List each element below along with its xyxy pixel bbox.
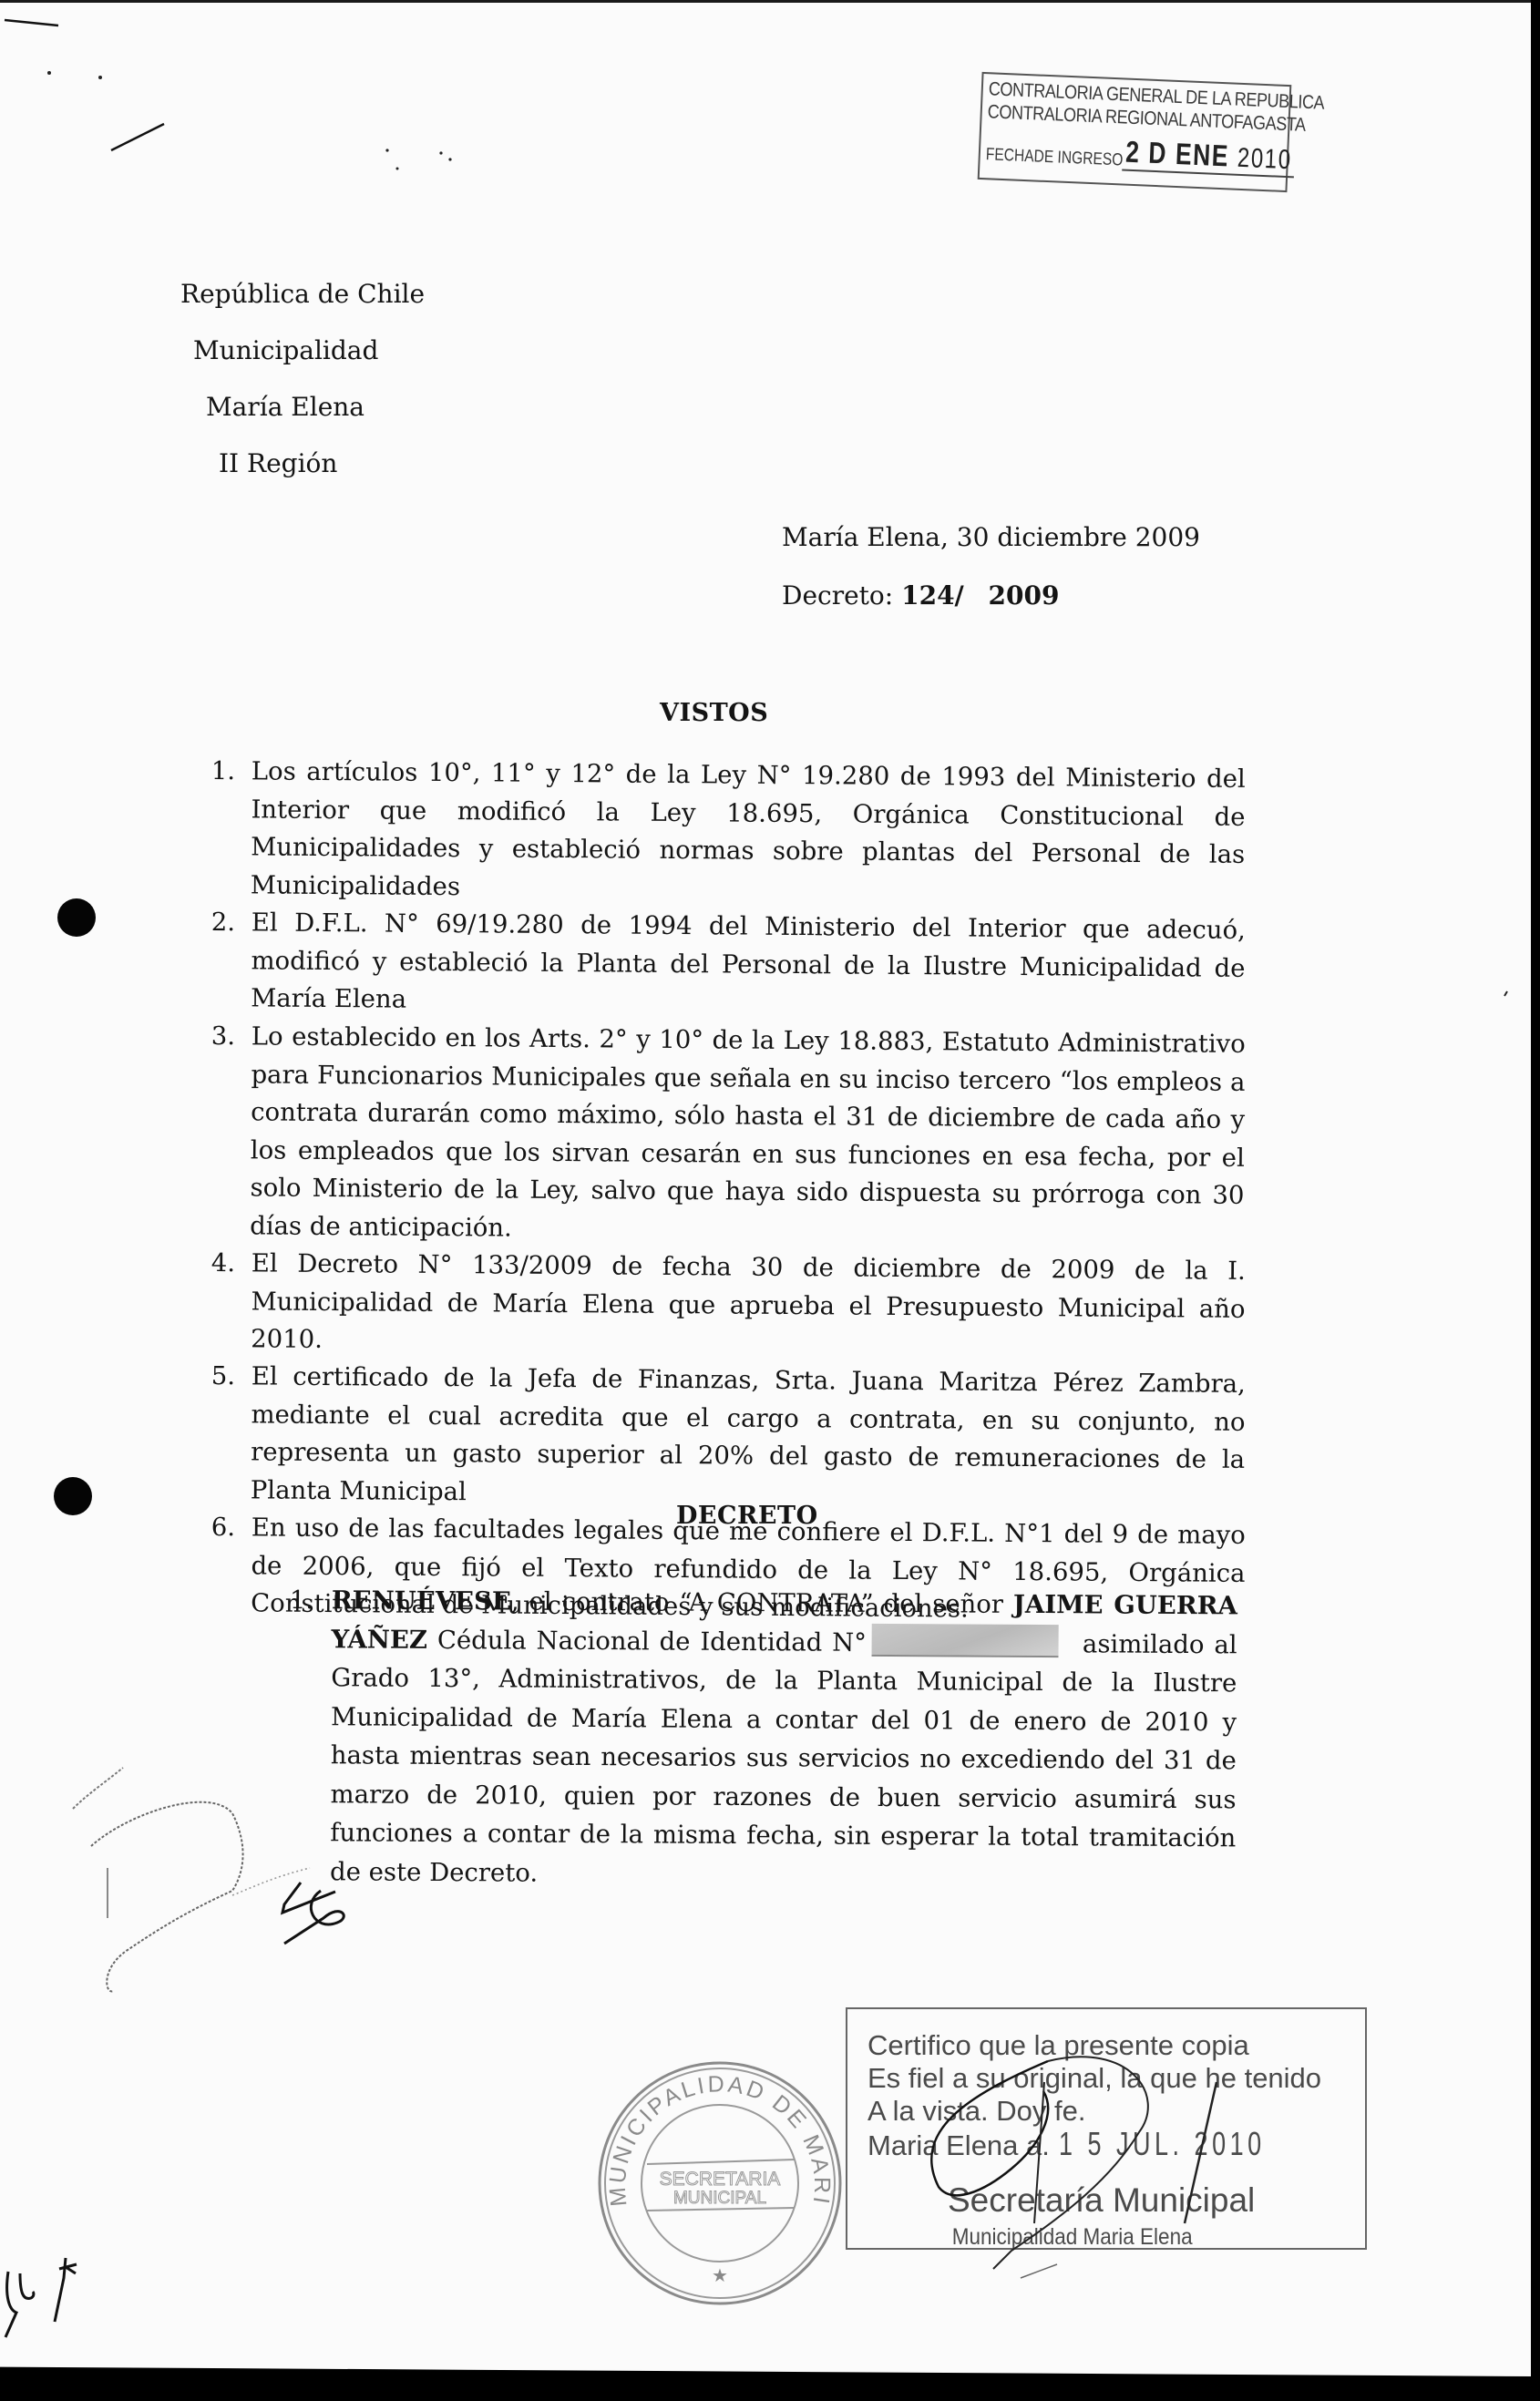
- letterhead-institution: Municipalidad: [180, 323, 425, 379]
- vistos-item: 1.Los artículos 10°, 11° y 12° de la Ley…: [210, 753, 1246, 912]
- item-number: 5.: [211, 1358, 236, 1396]
- item-text: El certificado de la Jefa de Finanzas, S…: [251, 1361, 1246, 1505]
- decree-verb: RENUÉVESE: [332, 1585, 511, 1616]
- municipal-seal: MUNICIPALIDAD DE MARIA ELENA SECRETARIA …: [594, 2057, 846, 2309]
- cert-line-2: Es fiel a su original, la que he tenido: [868, 2062, 1365, 2095]
- cert-line-4: Maria Elena a.1 5 JUL. 2010: [868, 2128, 1365, 2162]
- item-number: 2.: [211, 904, 236, 942]
- vistos-item: 2.El D.F.L. N° 69/19.280 de 1994 del Min…: [210, 904, 1246, 1025]
- decree-label: Decreto:: [782, 580, 893, 611]
- cert-signer-org: Municipalidad Maria Elena: [868, 2221, 1315, 2253]
- decreto-item: 1.RENUÉVESE, el contrato “A CONTRATA” de…: [288, 1581, 1237, 1896]
- vistos-item: 5.El certificado de la Jefa de Finanzas,…: [210, 1358, 1246, 1517]
- cert-signer-title: Secretaría Municipal: [868, 2184, 1365, 2217]
- punch-hole-upper: [57, 898, 96, 937]
- stamp-entry-date: 2 D ENE 2010: [1122, 134, 1296, 178]
- letterhead-region: II Región: [180, 436, 425, 492]
- scan-edge-line: [0, 0, 1540, 3]
- item-number: 3.: [211, 1018, 236, 1056]
- item-text: Lo establecido en los Arts. 2° y 10° de …: [250, 1021, 1246, 1242]
- cert-line-3: A la vista. Doy fe.: [868, 2095, 1365, 2128]
- redacted-id-number: [872, 1623, 1059, 1657]
- document-page: CONTRALORIA GENERAL DE LA REPUBLICA CONT…: [0, 0, 1531, 2376]
- item-number: 4.: [211, 1245, 236, 1283]
- letterhead-country: República de Chile: [180, 266, 425, 323]
- decree-year: 2009: [989, 580, 1060, 611]
- vistos-heading: VISTOS: [660, 699, 768, 727]
- item-text: El D.F.L. N° 69/19.280 de 1994 del Minis…: [251, 908, 1246, 1013]
- cert-line-1: Certifico que la presente copia: [868, 2029, 1365, 2062]
- item-number: 1.: [290, 1581, 314, 1620]
- item-number: 1.: [211, 753, 236, 791]
- star-icon: ★: [712, 2264, 728, 2286]
- certification-stamp: Certifico que la presente copia Es fiel …: [846, 2007, 1367, 2250]
- stamp-date-day-month: 2 D ENE: [1125, 135, 1230, 173]
- item-text: El Decreto N° 133/2009 de fecha 30 de di…: [251, 1248, 1246, 1354]
- vistos-item: 4.El Decreto N° 133/2009 de fecha 30 de …: [210, 1245, 1246, 1366]
- seal-inner-line-1: SECRETARIA: [660, 2169, 781, 2190]
- decree-number: Decreto: 124/ 2009: [782, 580, 1059, 611]
- contraloria-entry-stamp: CONTRALORIA GENERAL DE LA REPUBLICA CONT…: [978, 72, 1292, 192]
- item-text: Cédula Nacional de Identidad N°: [427, 1625, 867, 1657]
- stamp-date-year: 2010: [1237, 143, 1292, 175]
- cert-date: 1 5 JUL. 2010: [1059, 2128, 1266, 2160]
- item-text: , el contrato “A CONTRATA” del señor: [511, 1586, 1013, 1618]
- seal-inner-line-2: MUNICIPAL: [673, 2189, 766, 2208]
- letterhead-commune: María Elena: [180, 379, 425, 436]
- vistos-item: 3.Lo establecido en los Arts. 2° y 10° d…: [210, 1018, 1246, 1253]
- item-text: Los artículos 10°, 11° y 12° de la Ley N…: [251, 756, 1246, 900]
- vistos-list: 1.Los artículos 10°, 11° y 12° de la Ley…: [211, 753, 1246, 1623]
- stamp-entry-label: FECHADE INGRESO: [985, 145, 1098, 169]
- decreto-heading: DECRETO: [676, 1502, 818, 1530]
- punch-hole-lower: [54, 1477, 92, 1515]
- cert-place: Maria Elena a.: [868, 2129, 1050, 2161]
- letterhead: República de Chile Municipalidad María E…: [180, 266, 425, 492]
- item-number: 6.: [211, 1509, 236, 1547]
- place-and-date: María Elena, 30 diciembre 2009: [782, 522, 1200, 552]
- item-text: asimilado al Grado 13°, Administrativos,…: [330, 1629, 1237, 1887]
- decreto-list: 1.RENUÉVESE, el contrato “A CONTRATA” de…: [290, 1581, 1237, 1891]
- decree-number-value: 124/: [901, 580, 964, 611]
